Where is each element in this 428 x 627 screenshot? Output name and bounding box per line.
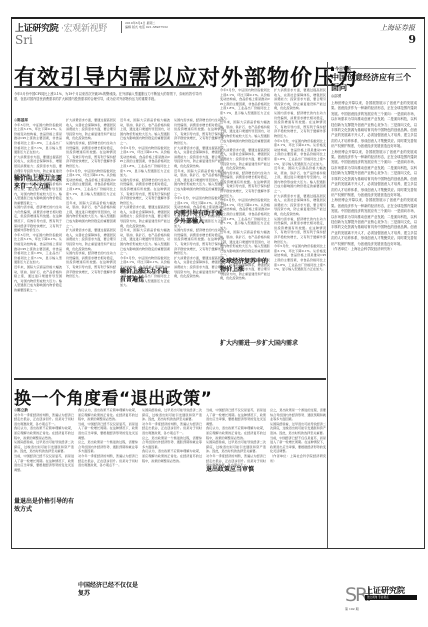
sri-logo-tagline: 独立视角 专业观点 bbox=[365, 595, 417, 600]
header-separator bbox=[121, 21, 122, 33]
column-text: 今年5月份，中证国内物价指数同比上涨3.1%，环比下降0.1%。从价格变动结构看… bbox=[274, 139, 326, 167]
column-text: 从国内需求看，经济增长的内生动力仍然偏弱，消费需求增长相对稳定，但投资增速有所放… bbox=[120, 178, 170, 206]
column-text: 当前，中国经济已经不仅仅是复苏，而是进入了新一轮增长周期。在这种情况下，政策退出… bbox=[78, 422, 138, 440]
column-text: 扩大消费需求方面，要通过提高居民收入，完善社会保障体系，增强居民消费能力；投资需… bbox=[220, 148, 270, 171]
main-column-1: ◎陈基邦 今年5月份，中证国内物价指数同比上涨3.1%，环比下降0.1%。从价格… bbox=[14, 118, 62, 373]
column-text: 今年5月份，中证国内物价指数同比上涨3.1%，环比下降0.1%。从价格变动结构看… bbox=[220, 88, 270, 120]
column-text: 扩大消费需求方面，要通过提高居民收入，完善社会保障体系，增强居民消费能力；投资需… bbox=[274, 88, 326, 111]
column-text: 对今年一季度经济的判断，普遍认为经济已经走出低谷，正在逐步回升。但是对于何时退出… bbox=[142, 422, 202, 436]
column-text: 今年5月份，中证国内物价指数同比上涨3.1%，环比下降0.1%。从价格变动结构看… bbox=[14, 233, 62, 265]
header-meta: 2010年6月4日 星期二 编辑 版式 电话 021-38967532 bbox=[125, 21, 265, 29]
main-column-5: 今年5月份，中证国内物价指数同比上涨3.1%，环比下降0.1%。从价格变动结构看… bbox=[220, 88, 270, 373]
second-article-rule bbox=[14, 378, 326, 380]
column-text: 当前，中国经济已经不仅仅是复苏，而是进入了新一轮增长周期。在这种情况下，政策退出… bbox=[270, 436, 326, 454]
column-text: 今年5月份，中证国内物价指数同比上涨3.1%，环比下降0.1%。从价格变动结构看… bbox=[274, 244, 326, 272]
column-text: 扩大消费需求方面，要通过提高居民收入，完善社会保障体系，增强居民消费能力；投资需… bbox=[66, 228, 116, 251]
main-lead: 今年5月份中国CPI同比上涨3.1%，为19个月以来首次突破3%的警戒线。在外部… bbox=[14, 92, 204, 102]
second-subhead-2: 中国经济已经不仅仅是复苏 bbox=[78, 582, 138, 598]
column-text: 对今年一季度经济的判断，普遍认为经济已经走出低谷，正在逐步回升。但是对于何时退出… bbox=[14, 413, 74, 427]
column-text: 对今年一季度经济的判断，普遍认为经济已经走出低谷，正在逐步回升。但是对于何时退出… bbox=[78, 454, 138, 468]
main-subhead-1: 输价向上推力主要来自二个方面 bbox=[14, 175, 62, 191]
main-column-6: 扩大消费需求方面，要通过提高居民收入，完善社会保障体系，增强居民消费能力；投资需… bbox=[274, 88, 326, 373]
column-text: 从国内需求看，经济增长的内生动力仍然偏弱，消费需求增长相对稳定，但投资增速有所放… bbox=[174, 228, 224, 256]
column-text: 从国内需求看，经济增长的内生动力仍然偏弱，消费需求增长相对稳定，但投资增速有所放… bbox=[66, 141, 116, 169]
column-text: 从国内需求看，经济增长的内生动力仍然偏弱，消费需求增长相对稳定，但投资增速有所放… bbox=[66, 251, 116, 279]
sidebar-paragraph: 上海世博会开幕以来，各国展馆展示了创意产业的发展成果。创意经济作为一种新的经济形… bbox=[331, 150, 417, 199]
column-text: 近年来，国际大宗商品价格大幅波动，原油、铁矿石、农产品价格持续上涨，通过进口渠道… bbox=[174, 169, 224, 197]
column-text: 当前，中国经济已经不仅仅是复苏，而是进入了新一轮增长周期。在这种情况下，政策退出… bbox=[14, 454, 74, 472]
column-text: 总之，退出政策是一个渐进的过程，需要综合考虑国内外经济形势、通胀预期和就业等多方… bbox=[270, 408, 326, 422]
column-text: 从国内需求看，经济增长的内生动力仍然偏弱，消费需求增长相对稳定，但投资增速有所放… bbox=[14, 205, 62, 233]
paper-name: 上海证券报 bbox=[380, 23, 415, 33]
column-text: 从国际经验看，过早退出可能导致经济二次探底，过晚退出则可能引发通胀和资产泡沫。因… bbox=[270, 422, 326, 436]
sidebar-author: ◎邵勇 bbox=[331, 94, 341, 99]
column-text: 我们认为，退出政策不应简单理解为收紧，而应理解为政策的正常化。在经济复苏的过程中… bbox=[14, 426, 74, 440]
main-column-3: 近年来，国际大宗商品价格大幅波动，原油、铁矿石、农产品价格持续上涨，通过进口渠道… bbox=[120, 118, 170, 373]
column-text: 总之，退出政策是一个渐进的过程，需要综合考虑国内外经济形势、通胀预期和就业等多方… bbox=[78, 440, 138, 454]
column-text: 近年来，国际大宗商品价格大幅波动，原油、铁矿石、农产品价格持续上涨，通过进口渠道… bbox=[220, 120, 270, 148]
second-subhead-1: 量退出是价格引导的有效方式 bbox=[14, 498, 74, 514]
column-text: 今年5月份，中证国内物价指数同比上涨3.1%，环比下降0.1%。从价格变动结构看… bbox=[120, 146, 170, 178]
sidebar-tag-rule bbox=[350, 68, 416, 69]
column-text: 当前，中国经济已经不仅仅是复苏，而是进入了新一轮增长周期。在这种情况下，政策退出… bbox=[206, 408, 266, 426]
second-column-1: ◎陈立新 对今年一季度经济的判断，普遍认为经济已经走出低谷，正在逐步回升。但是对… bbox=[14, 408, 74, 546]
column-text: 今年5月份，中证国内物价指数同比上涨3.1%，环比下降0.1%。从价格变动结构看… bbox=[14, 123, 62, 155]
section-name: ·宏观新视野 bbox=[61, 21, 107, 34]
column-text: 近年来，国际大宗商品价格大幅波动，原油、铁矿石、农产品价格持续上涨，通过进口渠道… bbox=[66, 201, 116, 229]
main-subhead-4: 全球经济复苏中的物价上涨 bbox=[220, 258, 270, 274]
second-subhead-3: 退出政策应当审慎 bbox=[206, 466, 266, 474]
top-rule bbox=[11, 17, 425, 19]
column-text: 从国内需求看，经济增长的内生动力仍然偏弱，消费需求增长相对稳定，但投资增速有所放… bbox=[174, 118, 224, 146]
column-text: 从国内需求看，经济增长的内生动力仍然偏弱，消费需求增长相对稳定，但投资增速有所放… bbox=[274, 111, 326, 139]
sidebar-credit: （作者单位：上海社会科学院经济研究所） bbox=[331, 247, 417, 252]
sidebar-paragraph: 上海世博会开幕以来，各国展馆展示了创意产业的发展成果。创意经济作为一种新的经济形… bbox=[331, 198, 417, 247]
column-text: 近年来，国际大宗商品价格大幅波动，原油、铁矿石、农产品价格持续上涨，通过进口渠道… bbox=[120, 118, 170, 146]
column-text: 扩大消费需求方面，要通过提高居民收入，完善社会保障体系，增强居民消费能力；投资需… bbox=[174, 256, 224, 279]
column-text: 从国际经验看，过早退出可能导致经济二次探底，过晚退出则可能引发通胀和资产泡沫。因… bbox=[142, 408, 202, 422]
sidebar-tag: 今日看板 bbox=[331, 66, 351, 72]
column-text: 近年来，国际大宗商品价格大幅波动，原油、铁矿石、农产品价格持续上涨，通过进口渠道… bbox=[120, 228, 170, 256]
sri-logo-bar: 独立视角 专业观点 bbox=[365, 595, 417, 600]
column-text: 我们认为，退出政策不应简单理解为收紧，而应理解为政策的正常化。在经济复苏的过程中… bbox=[78, 408, 138, 422]
column-text: 从国内需求看，经济增长的内生动力仍然偏弱，消费需求增长相对稳定，但投资增速有所放… bbox=[274, 217, 326, 245]
column-text: 从国际经验看，过早退出可能导致经济二次探底，过晚退出则可能引发通胀和资产泡沫。因… bbox=[206, 440, 266, 454]
sri-label: Sri bbox=[15, 33, 33, 47]
page-header: 上证研究院 ·宏观新视野 2010年6月4日 星期二 编辑 版式 电话 021-… bbox=[15, 21, 421, 37]
column-text: 近年来，国际大宗商品价格大幅波动，原油、铁矿石、农产品价格持续上涨，通过进口渠道… bbox=[14, 265, 62, 293]
second-column-4: 当前，中国经济已经不仅仅是复苏，而是进入了新一轮增长周期。在这种情况下，政策退出… bbox=[206, 408, 266, 546]
column-text: 我们认为，退出政策不应简单理解为收紧，而应理解为政策的正常化。在经济复苏的过程中… bbox=[206, 426, 266, 440]
sidebar-divider bbox=[327, 62, 328, 548]
editor-info: 编辑 版式 电话 021-38967532 bbox=[125, 25, 265, 29]
second-credit: （作者单位：上海社会科学院经济研究所） bbox=[270, 454, 326, 463]
column-text: 扩大消费需求方面，要通过提高居民收入，完善社会保障体系，增强居民消费能力；投资需… bbox=[174, 146, 224, 169]
sri-logo-issue: 第 102 期 bbox=[345, 607, 359, 611]
column-text: 从国内需求看，经济增长的内生动力仍然偏弱，消费需求增长相对稳定，但投资增速有所放… bbox=[220, 171, 270, 199]
column-text: 从国际经验看，过早退出可能导致经济二次探底，过晚退出则可能引发通胀和资产泡沫。因… bbox=[14, 440, 74, 454]
column-text: 我们认为，退出政策不应简单理解为收紧，而应理解为政策的正常化。在经济复苏的过程中… bbox=[142, 449, 202, 463]
column-text: 近年来，国际大宗商品价格大幅波动，原油、铁矿石、农产品价格持续上涨，通过进口渠道… bbox=[274, 166, 326, 194]
column-text: 扩大消费需求方面，要通过提高居民收入，完善社会保障体系，增强居民消费能力；投资需… bbox=[66, 118, 116, 141]
main-column-2: 扩大消费需求方面，要通过提高居民收入，完善社会保障体系，增强居民消费能力；投资需… bbox=[66, 118, 116, 373]
main-column-4: 从国内需求看，经济增长的内生动力仍然偏弱，消费需求增长相对稳定，但投资增速有所放… bbox=[174, 118, 224, 373]
lead-rule bbox=[14, 86, 204, 88]
main-subhead-2: 输价上涨压力不具有普遍性 bbox=[120, 268, 170, 284]
sidebar-paragraph: 上海世博会开幕以来，各国展馆展示了创意产业的发展成果。创意经济作为一种新的经济形… bbox=[331, 101, 417, 150]
page-number: 9 bbox=[408, 33, 416, 46]
second-headline: 换一个角度看“退出政策” bbox=[14, 384, 212, 409]
second-column-5: 总之，退出政策是一个渐进的过程，需要综合考虑国内外经济形势、通胀预期和就业等多方… bbox=[270, 408, 326, 546]
main-subhead-5: 扩大内需进一步扩大国内需求 bbox=[220, 340, 326, 348]
main-subhead-3: 内需引导有助于减少外部输入 bbox=[174, 210, 224, 226]
second-column-2: 我们认为，退出政策不应简单理解为收紧，而应理解为政策的正常化。在经济复苏的过程中… bbox=[78, 408, 138, 546]
column-text: 总之，退出政策是一个渐进的过程，需要综合考虑国内外经济形势、通胀预期和就业等多方… bbox=[142, 436, 202, 450]
sidebar-title: 中国创意经济应有三个面向 bbox=[331, 73, 416, 93]
column-text: 今年5月份，中证国内物价指数同比上涨3.1%，环比下降0.1%。从价格变动结构看… bbox=[220, 198, 270, 230]
sidebar-body: 上海世博会开幕以来，各国展馆展示了创意产业的发展成果。创意经济作为一种新的经济形… bbox=[331, 101, 417, 526]
column-text: 近年来，国际大宗商品价格大幅波动，原油、铁矿石、农产品价格持续上涨，通过进口渠道… bbox=[220, 230, 270, 258]
second-column-3: 从国际经验看，过早退出可能导致经济二次探底，过晚退出则可能引发通胀和资产泡沫。因… bbox=[142, 408, 202, 546]
column-text: 扩大消费需求方面，要通过提高居民收入，完善社会保障体系，增强居民消费能力；投资需… bbox=[120, 205, 170, 228]
column-text: 扩大消费需求方面，要通过提高居民收入，完善社会保障体系，增强居民消费能力；投资需… bbox=[274, 194, 326, 217]
column-text: 今年5月份，中证国内物价指数同比上涨3.1%，环比下降0.1%。从价格变动结构看… bbox=[66, 169, 116, 201]
sri-logo: SRI 上证研究院 独立视角 专业观点 第 102 期 bbox=[345, 584, 421, 616]
